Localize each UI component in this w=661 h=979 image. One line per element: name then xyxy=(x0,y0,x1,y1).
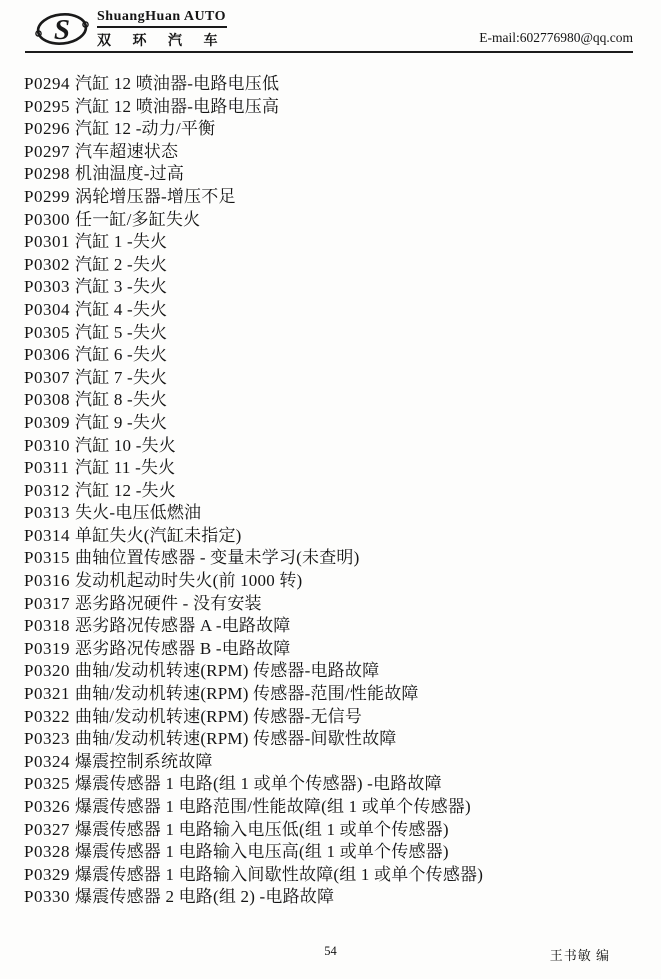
dtc-row: P0322曲轴/发动机转速(RPM) 传感器-无信号 xyxy=(24,706,655,729)
dtc-row: P0295汽缸 12 喷油器-电路电压高 xyxy=(24,96,655,119)
dtc-row: P0318恶劣路况传感器 A -电路故障 xyxy=(24,615,655,638)
dtc-description: 曲轴位置传感器 - 变量未学习(未查明) xyxy=(75,548,359,567)
dtc-code: P0312 xyxy=(24,480,75,503)
dtc-code: P0295 xyxy=(24,96,75,119)
dtc-row: P0300任一缸/多缸失火 xyxy=(24,209,655,232)
dtc-description: 汽缸 7 -失火 xyxy=(75,368,167,387)
dtc-code: P0325 xyxy=(24,773,75,796)
dtc-row: P0319恶劣路况传感器 B -电路故障 xyxy=(24,638,655,661)
dtc-description: 爆震传感器 1 电路(组 1 或单个传感器) -电路故障 xyxy=(75,774,442,793)
dtc-code: P0321 xyxy=(24,683,75,706)
dtc-code: P0327 xyxy=(24,819,75,842)
dtc-description: 汽缸 11 -失火 xyxy=(75,458,175,477)
dtc-code: P0294 xyxy=(24,73,75,96)
dtc-description: 汽缸 10 -失火 xyxy=(75,436,176,455)
dtc-code: P0319 xyxy=(24,638,75,661)
page-footer: 54 王书敏 编 xyxy=(0,944,661,968)
dtc-code: P0306 xyxy=(24,344,75,367)
dtc-code: P0314 xyxy=(24,525,75,548)
dtc-description: 爆震传感器 2 电路(组 2) -电路故障 xyxy=(75,887,334,906)
dtc-description: 汽缸 5 -失火 xyxy=(75,323,167,342)
dtc-code: P0313 xyxy=(24,502,75,525)
dtc-row: P0313失火-电压低燃油 xyxy=(24,502,655,525)
dtc-description: 爆震传感器 1 电路输入间歇性故障(组 1 或单个传感器) xyxy=(75,865,483,884)
dtc-code: P0305 xyxy=(24,322,75,345)
dtc-description: 涡轮增压器-增压不足 xyxy=(75,187,236,206)
dtc-row: P0311汽缸 11 -失火 xyxy=(24,457,655,480)
dtc-code: P0310 xyxy=(24,435,75,458)
dtc-code: P0318 xyxy=(24,615,75,638)
dtc-description: 曲轴/发动机转速(RPM) 传感器-无信号 xyxy=(75,707,362,726)
dtc-row: P0297汽车超速状态 xyxy=(24,141,655,164)
dtc-code: P0307 xyxy=(24,367,75,390)
dtc-row: P0315曲轴位置传感器 - 变量未学习(未查明) xyxy=(24,547,655,570)
dtc-row: P0321曲轴/发动机转速(RPM) 传感器-范围/性能故障 xyxy=(24,683,655,706)
dtc-code: P0329 xyxy=(24,864,75,887)
dtc-code: P0315 xyxy=(24,547,75,570)
dtc-code: P0296 xyxy=(24,118,75,141)
brand-name-en: ShuangHuan AUTO xyxy=(97,9,227,28)
dtc-code: P0330 xyxy=(24,886,75,909)
dtc-description: 发动机起动时失火(前 1000 转) xyxy=(75,571,302,590)
dtc-description: 曲轴/发动机转速(RPM) 传感器-电路故障 xyxy=(75,661,379,680)
dtc-description: 汽缸 4 -失火 xyxy=(75,300,167,319)
brand-logo: S ShuangHuan AUTO 双 环 汽 车 xyxy=(34,8,227,50)
dtc-row: P0299涡轮增压器-增压不足 xyxy=(24,186,655,209)
dtc-description: 汽缸 12 -失火 xyxy=(75,481,176,500)
dtc-row: P0296汽缸 12 -动力/平衡 xyxy=(24,118,655,141)
editor-credit: 王书敏 编 xyxy=(550,945,610,964)
dtc-row: P0330爆震传感器 2 电路(组 2) -电路故障 xyxy=(24,886,655,909)
dtc-row: P0325爆震传感器 1 电路(组 1 或单个传感器) -电路故障 xyxy=(24,773,655,796)
dtc-code: P0324 xyxy=(24,751,75,774)
dtc-code: P0302 xyxy=(24,254,75,277)
dtc-code: P0299 xyxy=(24,186,75,209)
dtc-description: 机油温度-过高 xyxy=(75,164,184,183)
dtc-description: 单缸失火(汽缸未指定) xyxy=(75,526,242,545)
dtc-description: 汽缸 9 -失火 xyxy=(75,413,167,432)
document-page: S ShuangHuan AUTO 双 环 汽 车 E-mail:6027769… xyxy=(0,0,661,979)
dtc-description: 恶劣路况传感器 A -电路故障 xyxy=(75,616,291,635)
page-header: S ShuangHuan AUTO 双 环 汽 车 E-mail:6027769… xyxy=(34,6,633,50)
dtc-code: P0308 xyxy=(24,389,75,412)
dtc-description: 曲轴/发动机转速(RPM) 传感器-间歇性故障 xyxy=(75,729,396,748)
svg-text:S: S xyxy=(54,14,70,46)
shuanghuan-emblem-icon: S xyxy=(34,8,90,50)
dtc-description: 汽缸 2 -失火 xyxy=(75,255,167,274)
dtc-row: P0304汽缸 4 -失火 xyxy=(24,299,655,322)
dtc-description: 汽缸 3 -失火 xyxy=(75,277,167,296)
dtc-code: P0322 xyxy=(24,706,75,729)
dtc-row: P0294汽缸 12 喷油器-电路电压低 xyxy=(24,73,655,96)
dtc-description: 汽缸 12 喷油器-电路电压低 xyxy=(75,74,279,93)
dtc-row: P0303汽缸 3 -失火 xyxy=(24,276,655,299)
dtc-code: P0326 xyxy=(24,796,75,819)
brand-name-cn: 双 环 汽 车 xyxy=(97,28,227,50)
dtc-code: P0328 xyxy=(24,841,75,864)
dtc-description: 爆震控制系统故障 xyxy=(75,752,213,771)
dtc-row: P0308汽缸 8 -失火 xyxy=(24,389,655,412)
header-divider xyxy=(25,51,633,53)
dtc-description: 汽缸 8 -失火 xyxy=(75,390,167,409)
dtc-row: P0307汽缸 7 -失火 xyxy=(24,367,655,390)
dtc-row: P0328爆震传感器 1 电路输入电压高(组 1 或单个传感器) xyxy=(24,841,655,864)
dtc-description: 汽缸 6 -失火 xyxy=(75,345,167,364)
dtc-code: P0303 xyxy=(24,276,75,299)
dtc-row: P0323曲轴/发动机转速(RPM) 传感器-间歇性故障 xyxy=(24,728,655,751)
dtc-row: P0301汽缸 1 -失火 xyxy=(24,231,655,254)
dtc-code: P0297 xyxy=(24,141,75,164)
dtc-description: 爆震传感器 1 电路输入电压高(组 1 或单个传感器) xyxy=(75,842,449,861)
dtc-code: P0300 xyxy=(24,209,75,232)
dtc-code: P0316 xyxy=(24,570,75,593)
dtc-code: P0320 xyxy=(24,660,75,683)
dtc-row: P0312汽缸 12 -失火 xyxy=(24,480,655,503)
dtc-row: P0327爆震传感器 1 电路输入电压低(组 1 或单个传感器) xyxy=(24,819,655,842)
brand-text: ShuangHuan AUTO 双 环 汽 车 xyxy=(97,9,227,50)
dtc-row: P0320曲轴/发动机转速(RPM) 传感器-电路故障 xyxy=(24,660,655,683)
dtc-code: P0323 xyxy=(24,728,75,751)
dtc-row: P0324爆震控制系统故障 xyxy=(24,751,655,774)
dtc-row: P0329爆震传感器 1 电路输入间歇性故障(组 1 或单个传感器) xyxy=(24,864,655,887)
dtc-row: P0310汽缸 10 -失火 xyxy=(24,435,655,458)
dtc-description: 汽缸 12 -动力/平衡 xyxy=(75,119,215,138)
dtc-code: P0311 xyxy=(24,457,75,480)
dtc-row: P0326爆震传感器 1 电路范围/性能故障(组 1 或单个传感器) xyxy=(24,796,655,819)
dtc-description: 恶劣路况传感器 B -电路故障 xyxy=(75,639,291,658)
dtc-row: P0314单缸失火(汽缸未指定) xyxy=(24,525,655,548)
dtc-row: P0317恶劣路况硬件 - 没有安装 xyxy=(24,593,655,616)
dtc-description: 汽车超速状态 xyxy=(75,142,178,161)
dtc-code: P0301 xyxy=(24,231,75,254)
dtc-code: P0298 xyxy=(24,163,75,186)
dtc-description: 爆震传感器 1 电路范围/性能故障(组 1 或单个传感器) xyxy=(75,797,471,816)
dtc-description: 任一缸/多缸失火 xyxy=(75,210,200,229)
dtc-code: P0317 xyxy=(24,593,75,616)
dtc-description: 爆震传感器 1 电路输入电压低(组 1 或单个传感器) xyxy=(75,820,449,839)
dtc-code: P0304 xyxy=(24,299,75,322)
dtc-row: P0309汽缸 9 -失火 xyxy=(24,412,655,435)
dtc-row: P0316发动机起动时失火(前 1000 转) xyxy=(24,570,655,593)
dtc-row: P0302汽缸 2 -失火 xyxy=(24,254,655,277)
dtc-description: 失火-电压低燃油 xyxy=(75,503,201,522)
dtc-row: P0305汽缸 5 -失火 xyxy=(24,322,655,345)
dtc-code-list: P0294汽缸 12 喷油器-电路电压低 P0295汽缸 12 喷油器-电路电压… xyxy=(24,73,655,909)
dtc-description: 汽缸 12 喷油器-电路电压高 xyxy=(75,97,279,116)
dtc-description: 恶劣路况硬件 - 没有安装 xyxy=(75,594,262,613)
contact-email: E-mail:602776980@qq.com xyxy=(479,30,633,50)
dtc-row: P0306汽缸 6 -失火 xyxy=(24,344,655,367)
dtc-code: P0309 xyxy=(24,412,75,435)
dtc-description: 曲轴/发动机转速(RPM) 传感器-范围/性能故障 xyxy=(75,684,419,703)
dtc-row: P0298机油温度-过高 xyxy=(24,163,655,186)
dtc-description: 汽缸 1 -失火 xyxy=(75,232,167,251)
